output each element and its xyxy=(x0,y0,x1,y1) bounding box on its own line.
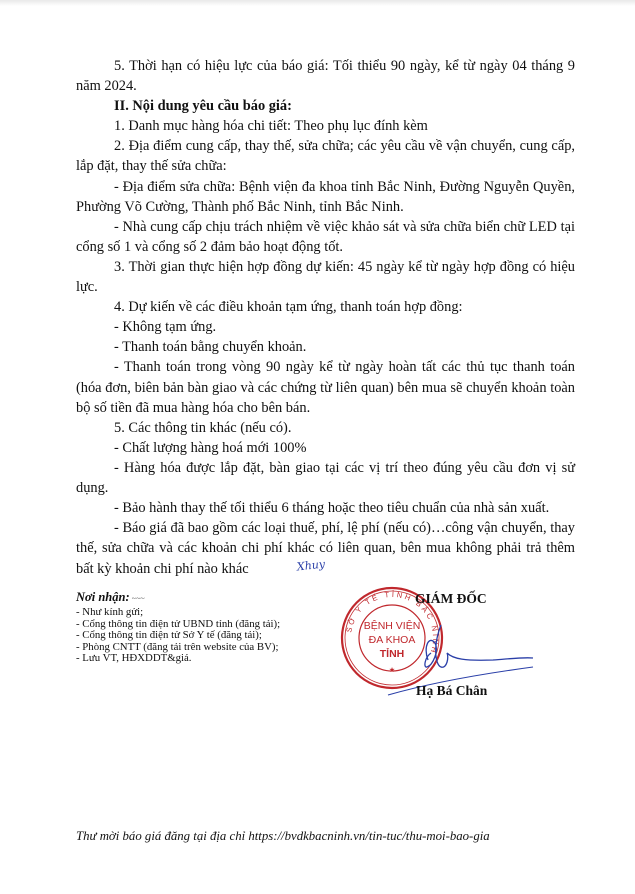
scribble-mark: ~~~ xyxy=(132,594,145,603)
paragraph-location: 2. Địa điểm cung cấp, thay thế, sửa chữa… xyxy=(76,136,575,176)
paragraph-payment-window: - Thanh toán trong vòng 90 ngày kể từ ng… xyxy=(76,357,575,417)
paragraph-warranty: - Bảo hành thay thế tối thiểu 6 tháng ho… xyxy=(76,498,575,518)
signer-name: Hạ Bá Chân xyxy=(416,683,487,699)
paragraph-installation: - Hàng hóa được lắp đặt, bàn giao tại cá… xyxy=(76,458,575,498)
paragraph-quality: - Chất lượng hàng hoá mới 100% xyxy=(76,438,575,458)
section-heading-requirements: II. Nội dung yêu cầu báo giá: xyxy=(76,96,575,116)
paragraph-no-advance: - Không tạm ứng. xyxy=(76,317,575,337)
paragraph-repair-address: - Địa điểm sửa chữa: Bệnh viện đa khoa t… xyxy=(76,177,575,217)
recipients-title-text: Nơi nhận: xyxy=(76,590,130,604)
recipients-title: Nơi nhận:~~~ xyxy=(76,589,336,607)
paragraph-goods-list: 1. Danh mục hàng hóa chi tiết: Theo phụ … xyxy=(76,116,575,136)
recipient-item: - Lưu VT, HĐXDDT&giá. xyxy=(76,653,336,665)
paragraph-contract-time: 3. Thời gian thực hiện hợp đồng dự kiến:… xyxy=(76,257,575,297)
recipient-item: - Như kính gửi; xyxy=(76,607,336,619)
paragraph-transfer: - Thanh toán bằng chuyển khoản. xyxy=(76,337,575,357)
paragraph-inclusive-price: - Báo giá đã bao gồm các loại thuế, phí,… xyxy=(76,518,575,579)
recipients-block: Nơi nhận:~~~ - Như kính gửi; - Cổng thôn… xyxy=(76,589,336,665)
signature-block: SỞ Y TẾ TỈNH BẮC NINH ★ BỆNH VIỆN ĐA KHO… xyxy=(335,585,535,705)
initials-scribble: Xhuy xyxy=(258,555,326,582)
paragraph-payment-terms: 4. Dự kiến về các điều khoản tạm ứng, th… xyxy=(76,297,575,317)
page-top-shadow xyxy=(0,0,635,6)
paragraph-other-info: 5. Các thông tin khác (nếu có). xyxy=(76,418,575,438)
footer-note: Thư mời báo giá đăng tại địa chỉ https:/… xyxy=(76,829,490,844)
paragraph-validity: 5. Thời hạn có hiệu lực của báo giá: Tối… xyxy=(76,56,575,96)
paragraph-supplier-duty: - Nhà cung cấp chịu trách nhiệm về việc … xyxy=(76,217,575,257)
document-body: 5. Thời hạn có hiệu lực của báo giá: Tối… xyxy=(76,56,575,579)
